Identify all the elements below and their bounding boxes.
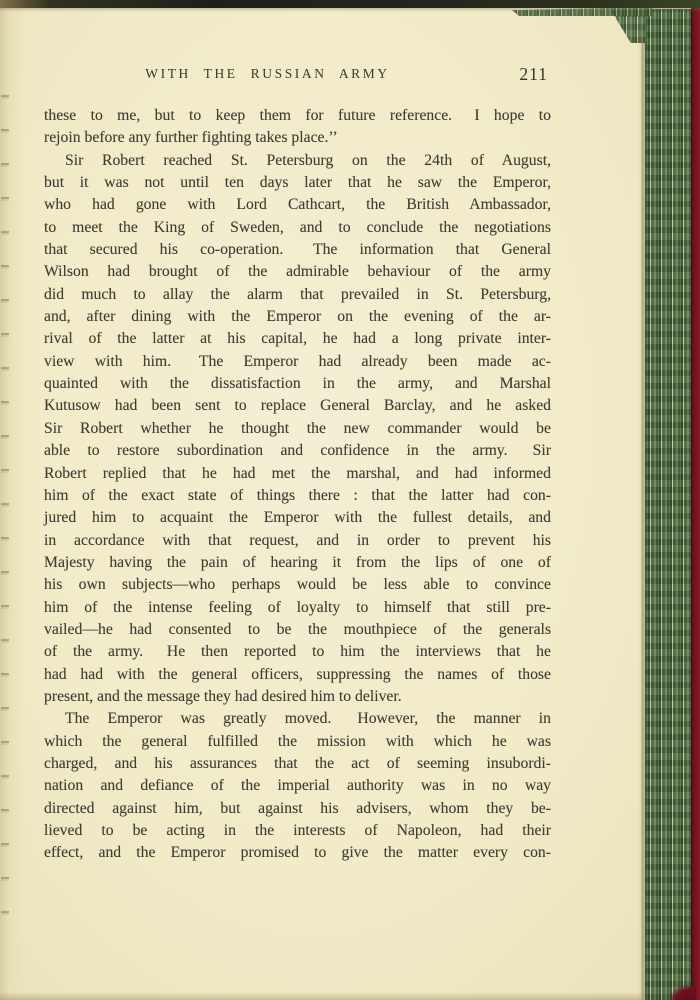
text-line: and, after dining with the Emperor on th… — [44, 306, 551, 328]
text-line: charged, and his assurances that the act… — [44, 753, 551, 775]
page-edge-line — [641, 30, 644, 1000]
text-line: rival of the latter at his capital, he h… — [44, 328, 551, 350]
book-fore-edge-stripes — [645, 9, 693, 1000]
text-line: which the general fulfilled the mission … — [44, 731, 551, 753]
text-line: did much to allay the alarm that prevail… — [44, 284, 551, 306]
text-line: him of the intense feeling of loyalty to… — [44, 597, 551, 619]
book-cover-bottom-corner — [670, 985, 696, 1000]
text-line: Majesty having the pain of hearing it fr… — [44, 552, 551, 574]
text-line: that secured his co-operation. The infor… — [44, 239, 551, 261]
running-header: WITH THE RUSSIAN ARMY 211 — [44, 66, 551, 84]
scanned-book-page: WITH THE RUSSIAN ARMY 211 these to me, b… — [0, 0, 700, 1000]
text-line: nation and defiance of the imperial auth… — [44, 775, 551, 797]
text-line: in accordance with that request, and in … — [44, 530, 551, 552]
text-line: effect, and the Emperor promised to give… — [44, 842, 551, 864]
page-bottom-shading — [0, 992, 700, 1000]
text-line: Kutusow had been sent to replace General… — [44, 395, 551, 417]
page-body: these to me, but to keep them for future… — [44, 105, 551, 865]
text-line: The Emperor was greatly moved. However, … — [44, 708, 551, 730]
text-line: but it was not until ten days later that… — [44, 172, 551, 194]
text-line: Wilson had brought of the admirable beha… — [44, 261, 551, 283]
text-line: view with him. The Emperor had already b… — [44, 351, 551, 373]
printed-text-block: WITH THE RUSSIAN ARMY 211 these to me, b… — [44, 66, 551, 865]
text-line: him of the exact state of things there :… — [44, 485, 551, 507]
book-cover-edge — [691, 7, 700, 1000]
text-line: directed against him, but against his ad… — [44, 798, 551, 820]
text-line: lieved to be acting in the interests of … — [44, 820, 551, 842]
book-top-edge-shadow — [0, 8, 700, 12]
text-line: these to me, but to keep them for future… — [44, 105, 551, 127]
text-line: quainted with the dissatisfaction in the… — [44, 373, 551, 395]
text-line: who had gone with Lord Cathcart, the Bri… — [44, 194, 551, 216]
left-margin-showthrough-marks — [1, 95, 9, 945]
text-line: of the army. He then reported to him the… — [44, 641, 551, 663]
text-line: his own subjects—who perhaps would be le… — [44, 574, 551, 596]
text-line: able to restore subordination and confid… — [44, 440, 551, 462]
text-line: Sir Robert whether he thought the new co… — [44, 418, 551, 440]
text-line: Sir Robert reached St. Petersburg on the… — [44, 150, 551, 172]
text-line: had had with the general officers, suppr… — [44, 664, 551, 686]
text-line: Robert replied that he had met the marsh… — [44, 463, 551, 485]
text-line: rejoin before any further fighting takes… — [44, 127, 551, 149]
running-header-title: WITH THE RUSSIAN ARMY — [44, 66, 551, 82]
book-top-edge-band — [0, 0, 700, 8]
text-line: present, and the message they had desire… — [44, 686, 551, 708]
text-line: jured him to acquaint the Emperor with t… — [44, 507, 551, 529]
page-number: 211 — [519, 64, 548, 85]
text-line: vailed—he had consented to be the mouthp… — [44, 619, 551, 641]
text-line: to meet the King of Sweden, and to concl… — [44, 217, 551, 239]
